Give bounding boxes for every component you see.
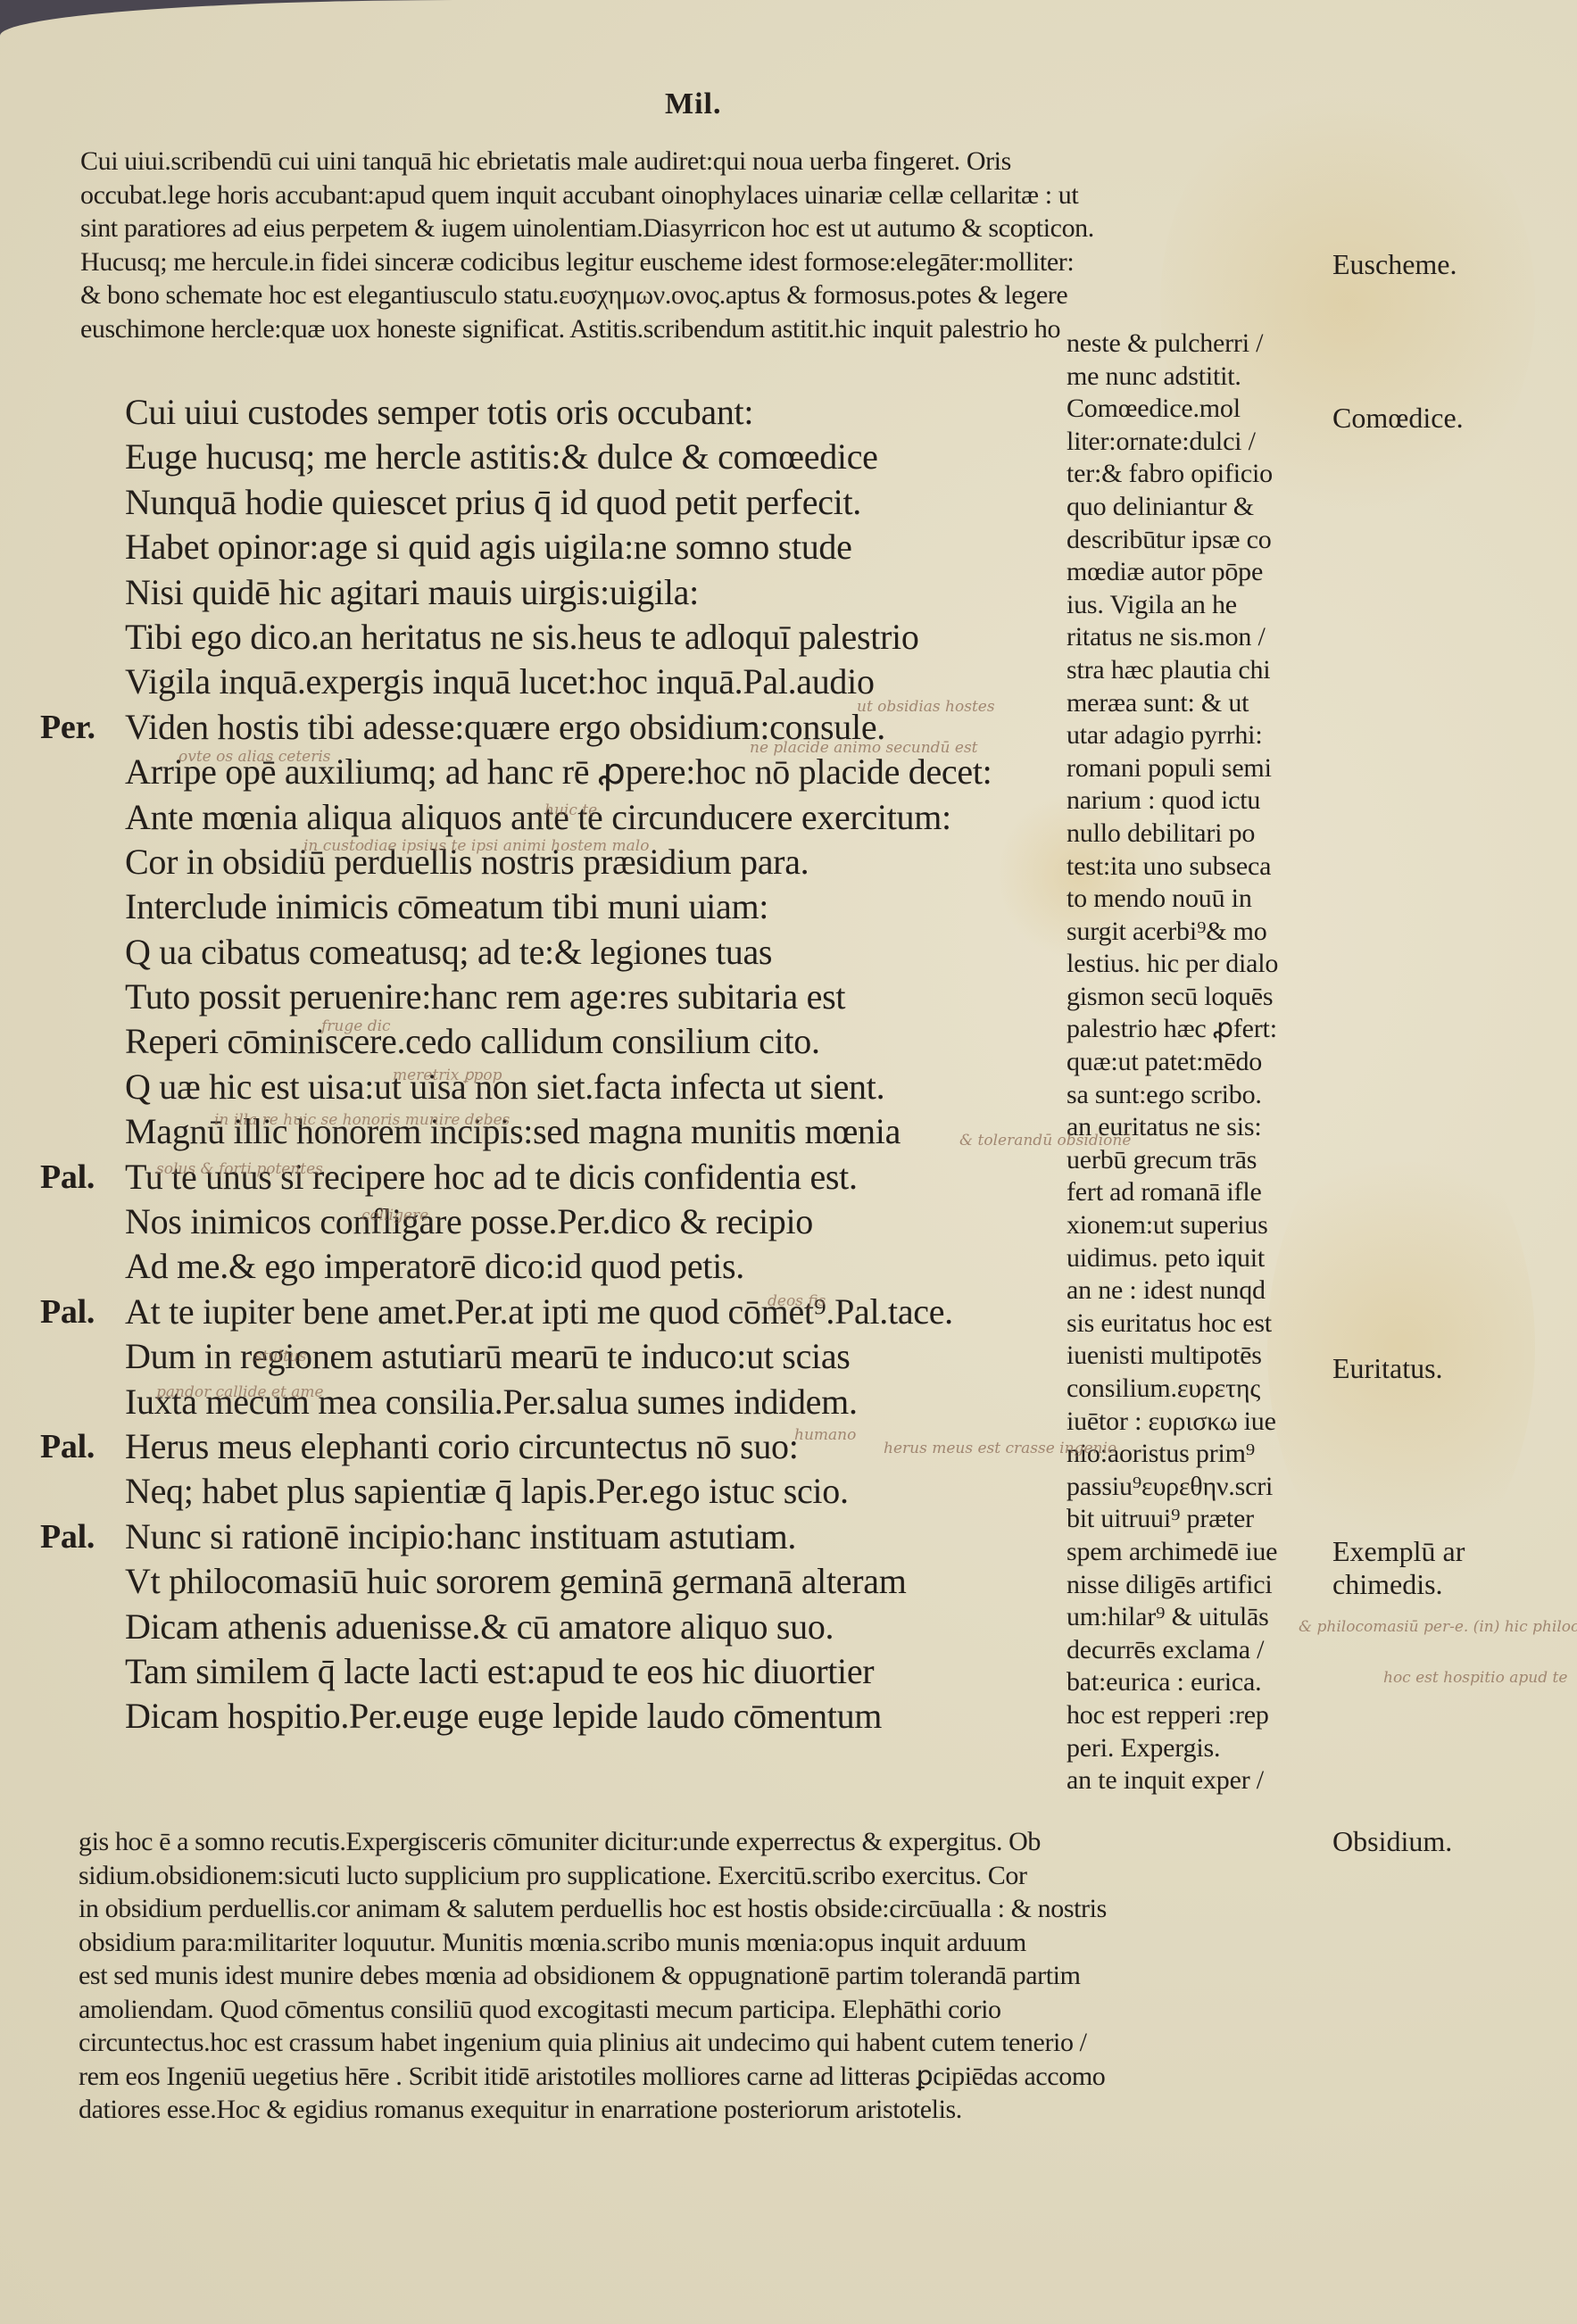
commentary-line: circuntectus.hoc est crassum habet ingen… [79, 2026, 1107, 2060]
verse-text: Cui uiui custodes semper totis oris occu… [125, 390, 992, 1739]
side-commentary-line: narium : quod ictu [1067, 784, 1278, 818]
side-commentary-line: peri. Expergis. [1067, 1732, 1278, 1765]
verse-text-line: Euge hucusq; me hercle astitis:& dulce &… [125, 436, 878, 477]
verse-text-line: Vt philocomasiū huic sororem geminā germ… [125, 1561, 907, 1601]
verse-text-line: Q uæ hic est uisa:ut uisa non siet.facta… [125, 1067, 884, 1107]
side-commentary-line: lestius. hic per dialo [1067, 948, 1278, 981]
verse-line: Vt philocomasiū huic sororem geminā germ… [125, 1559, 992, 1604]
verse-line: Reperi cōminiscere.cedo callidum consili… [125, 1019, 992, 1064]
handwritten-annotation: solus & forti potentes [156, 1160, 323, 1178]
handwritten-annotation: herus meus est crasse ingenio [884, 1440, 1116, 1457]
verse-text-line: Nunc si rationē incipio:hanc instituam a… [125, 1516, 796, 1556]
verse-line: Nunquā hodie quiescet prius q̄ id quod p… [125, 480, 992, 525]
handwritten-annotation: meretrix ꝑpop [393, 1067, 502, 1084]
side-commentary-line: nullo debilitari po [1067, 818, 1278, 851]
verse-text-line: Ante mœnia aliqua aliquos ante te circun… [125, 797, 951, 837]
verse-line: Dicam hospitio.Per.euge euge lepide laud… [125, 1694, 992, 1739]
side-commentary-line: decurrēs exclama / [1067, 1634, 1278, 1667]
verse-line: Pal.At te iupiter bene amet.Per.at ipti … [125, 1290, 992, 1334]
side-commentary-line: gismon secū loquēs [1067, 981, 1278, 1014]
verse-line: Pal.Herus meus elephanti corio circuntec… [125, 1424, 992, 1469]
verse-text-line: Tam similem q̄ lacte lacti est:apud te e… [125, 1651, 874, 1691]
side-commentary-line: spem archimedē iue [1067, 1536, 1278, 1569]
verse-text-line: Nisi quidē hic agitari mauis uirgis:uigi… [125, 572, 699, 612]
commentary-line: occubat.lege horis accubant:apud quem in… [80, 178, 1094, 212]
verse-text-line: Q ua cibatus comeatusq; ad te:& legiones… [125, 932, 772, 972]
verse-text-line: Nos inimicos confligare posse.Per.dico &… [125, 1201, 813, 1241]
verse-text-line: Vigila inquā.expergis inquā lucet:hoc in… [125, 661, 875, 701]
side-commentary-line: ritatus ne sis.mon / [1067, 621, 1278, 654]
side-commentary-line: test:ita uno subseca [1067, 851, 1278, 884]
margin-note: Euscheme. [1332, 248, 1457, 281]
margin-note: Exemplū ar [1332, 1535, 1465, 1568]
side-commentary-line: quæ:ut patet:mēdo [1067, 1046, 1278, 1079]
water-stain [1267, 1116, 1535, 1580]
side-commentary-line: bat:eurica : eurica. [1067, 1666, 1278, 1699]
verse-text-line: At te iupiter bene amet.Per.at ipti me q… [125, 1291, 953, 1332]
handwritten-annotation: ovte os alias ceteris [178, 748, 331, 766]
side-commentary-line: Comœedice.mol [1067, 393, 1278, 426]
side-commentary-line: palestrio hæc ꝓfert: [1067, 1013, 1278, 1046]
side-commentary-line: describūtur ipsæ co [1067, 524, 1278, 557]
side-commentary-line: mœdiæ autor pōpe [1067, 556, 1278, 589]
side-commentary-line: iuenisti multipotēs [1067, 1340, 1278, 1373]
handwritten-annotation: in illa re huic se honoris munire debes [214, 1111, 510, 1129]
side-commentary-line: sa sunt:ego scribo. [1067, 1079, 1278, 1112]
verse-line: Nisi quidē hic agitari mauis uirgis:uigi… [125, 570, 992, 615]
verse-text-line: Tibi ego dico.an heritatus ne sis.heus t… [125, 617, 919, 657]
handwritten-annotation: fruge dic [321, 1017, 391, 1035]
verse-line: Habet opinor:age si quid agis uigila:ne … [125, 525, 992, 569]
handwritten-annotation: huic te [544, 801, 597, 819]
verse-line: Pal.Nunc si rationē incipio:hanc institu… [125, 1515, 992, 1559]
speaker-label: Pal. [40, 1155, 95, 1199]
verse-line: Euge hucusq; me hercle astitis:& dulce &… [125, 435, 992, 479]
commentary-line: obsidium para:militariter loquutur. Muni… [79, 1926, 1107, 1960]
verse-text-line: Tuto possit peruenire:hanc rem age:res s… [125, 976, 845, 1017]
handwritten-annotation: pandor callide et ame [156, 1383, 324, 1401]
side-commentary-line: passiu⁹ευρεθην.scri [1067, 1471, 1278, 1504]
verse-text-line: Dicam hospitio.Per.euge euge lepide laud… [125, 1696, 882, 1736]
verse-line: Tam similem q̄ lacte lacti est:apud te e… [125, 1649, 992, 1694]
verse-line: Q ua cibatus comeatusq; ad te:& legiones… [125, 930, 992, 975]
handwritten-annotation: & philocomasiū per-e. (in) hic philocoma… [1299, 1618, 1577, 1636]
side-commentary-line: consilium.ευρετης [1067, 1373, 1278, 1406]
folio-header: Mil. [665, 87, 721, 121]
verse-text-line: Ad me.& ego imperatorē dico:id quod peti… [125, 1246, 744, 1286]
side-commentary: neste & pulcherri /me nunc adstitit. Com… [1067, 328, 1278, 1797]
side-commentary-line: to mendo nouū in [1067, 883, 1278, 916]
commentary-line: est sed munis idest munire debes mœnia a… [79, 1959, 1107, 1993]
commentary-line: & bono schemate hoc est elegantiusculo s… [80, 278, 1094, 312]
verse-line: Dicam athenis aduenisse.& cū amatore ali… [125, 1605, 992, 1649]
side-commentary-line: sis euritatus hoc est [1067, 1307, 1278, 1340]
verse-text-line: Herus meus elephanti corio circuntectus … [125, 1426, 799, 1466]
verse-line: Neq; habet plus sapientiæ q̄ lapis.Per.e… [125, 1469, 992, 1514]
handwritten-annotation: & tolerandū obsidionē [959, 1132, 1131, 1150]
speaker-label: Pal. [40, 1290, 95, 1334]
side-commentary-line: me nunc adstitit. [1067, 361, 1278, 394]
commentary-line: sint paratiores ad eius perpetem & iugem… [80, 212, 1094, 245]
verse-text-line: Neq; habet plus sapientiæ q̄ lapis.Per.e… [125, 1471, 849, 1511]
margin-note: Obsidium. [1332, 1825, 1452, 1858]
side-commentary-line: stra hæc plautia chi [1067, 654, 1278, 687]
verse-text-line: Cui uiui custodes semper totis oris occu… [125, 392, 753, 432]
handwritten-annotation: stultus [254, 1348, 306, 1365]
side-commentary-line: nisse diligēs artifici [1067, 1569, 1278, 1602]
side-commentary-line: hoc est repperi :rep [1067, 1699, 1278, 1732]
side-commentary-line: xionem:ut superius [1067, 1209, 1278, 1242]
speaker-label: Pal. [40, 1424, 95, 1469]
handwritten-annotation: colligere [361, 1207, 428, 1224]
side-commentary-line: surgit acerbi⁹& mo [1067, 916, 1278, 949]
margin-note: Euritatus. [1332, 1352, 1443, 1385]
top-commentary: Cui uiui.scribendū cui uini tanquā hic e… [80, 145, 1094, 345]
margin-note: chimedis. [1332, 1568, 1443, 1601]
side-commentary-line: meræa sunt: & ut [1067, 687, 1278, 720]
commentary-line: gis hoc ē a somno recutis.Expergisceris … [79, 1825, 1107, 1859]
book-page: Mil. Cui uiui.scribendū cui uini tanquā … [0, 0, 1577, 2324]
commentary-line: rem eos Ingeniū uegetius hēre . Scribit … [79, 2060, 1107, 2094]
verse-line: Tibi ego dico.an heritatus ne sis.heus t… [125, 615, 992, 660]
bottom-commentary: gis hoc ē a somno recutis.Expergisceris … [79, 1825, 1107, 2127]
side-commentary-line: iuētor : ευρισκω iue [1067, 1406, 1278, 1439]
commentary-line: Cui uiui.scribendū cui uini tanquā hic e… [80, 145, 1094, 178]
side-commentary-line: quo deliniantur & [1067, 491, 1278, 524]
verse-text-line: Dicam athenis aduenisse.& cū amatore ali… [125, 1606, 834, 1647]
side-commentary-line: fert ad romanā ifle [1067, 1176, 1278, 1209]
verse-line: Interclude inimicis cōmeatum tibi muni u… [125, 884, 992, 929]
side-commentary-line: romani populi semi [1067, 752, 1278, 785]
commentary-line: euschimone hercle:quæ uox honeste signif… [80, 312, 1094, 346]
speaker-label: Per. [40, 705, 95, 750]
side-commentary-line: um:hilar⁹ & uitulās [1067, 1601, 1278, 1634]
side-commentary-line: neste & pulcherri / [1067, 328, 1278, 361]
verse-text-line: Dum in regionem astutiarū mearū te induc… [125, 1336, 851, 1376]
side-commentary-line: an te inquit exper / [1067, 1764, 1278, 1797]
verse-line: Ad me.& ego imperatorē dico:id quod peti… [125, 1244, 992, 1289]
side-commentary-line: ius. Vigila an he [1067, 589, 1278, 622]
commentary-line: amoliendam. Quod cōmentus consiliū quod … [79, 1993, 1107, 2027]
handwritten-annotation: ut obsidias hostes [857, 698, 995, 716]
verse-line: Tuto possit peruenire:hanc rem age:res s… [125, 975, 992, 1019]
verse-text-line: Reperi cōminiscere.cedo callidum consili… [125, 1021, 820, 1061]
side-commentary-line: liter:ornate:dulci / [1067, 426, 1278, 459]
commentary-line: datiores esse.Hoc & egidius romanus exeq… [79, 2093, 1107, 2127]
handwritten-annotation: deos fis [768, 1292, 826, 1310]
side-commentary-line: ter:& fabro opificio [1067, 458, 1278, 491]
handwritten-annotation: hoc est hospitio apud te [1383, 1669, 1567, 1687]
speaker-label: Pal. [40, 1515, 95, 1559]
verse-text-line: Nunquā hodie quiescet prius q̄ id quod p… [125, 482, 861, 522]
commentary-line: sidium.obsidionem:sicuti lucto suppliciu… [79, 1859, 1107, 1893]
verse-text-line: Habet opinor:age si quid agis uigila:ne … [125, 527, 852, 567]
commentary-line: in obsidium perduellis.cor animam & salu… [79, 1892, 1107, 1926]
side-commentary-line: utar adagio pyrrhi: [1067, 719, 1278, 752]
handwritten-annotation: in custodiae ipsius te ipsi animi hostem… [303, 837, 649, 855]
handwritten-annotation: ne placide animo secundū est [750, 739, 978, 757]
verse-line: Q uæ hic est uisa:ut uisa non siet.facta… [125, 1065, 992, 1109]
side-commentary-line: uidimus. peto iquit [1067, 1242, 1278, 1275]
verse-line: Cui uiui custodes semper totis oris occu… [125, 390, 992, 435]
margin-note: Comœdice. [1332, 402, 1464, 435]
side-commentary-line: bit uitruui⁹ præter [1067, 1503, 1278, 1536]
verse-text-line: Interclude inimicis cōmeatum tibi muni u… [125, 886, 768, 926]
side-commentary-line: an ne : idest nunqd [1067, 1274, 1278, 1307]
verse-line: Nos inimicos confligare posse.Per.dico &… [125, 1199, 992, 1244]
commentary-line: Hucusq; me hercule.in fidei sinceræ codi… [80, 245, 1094, 279]
handwritten-annotation: humano [794, 1426, 856, 1444]
